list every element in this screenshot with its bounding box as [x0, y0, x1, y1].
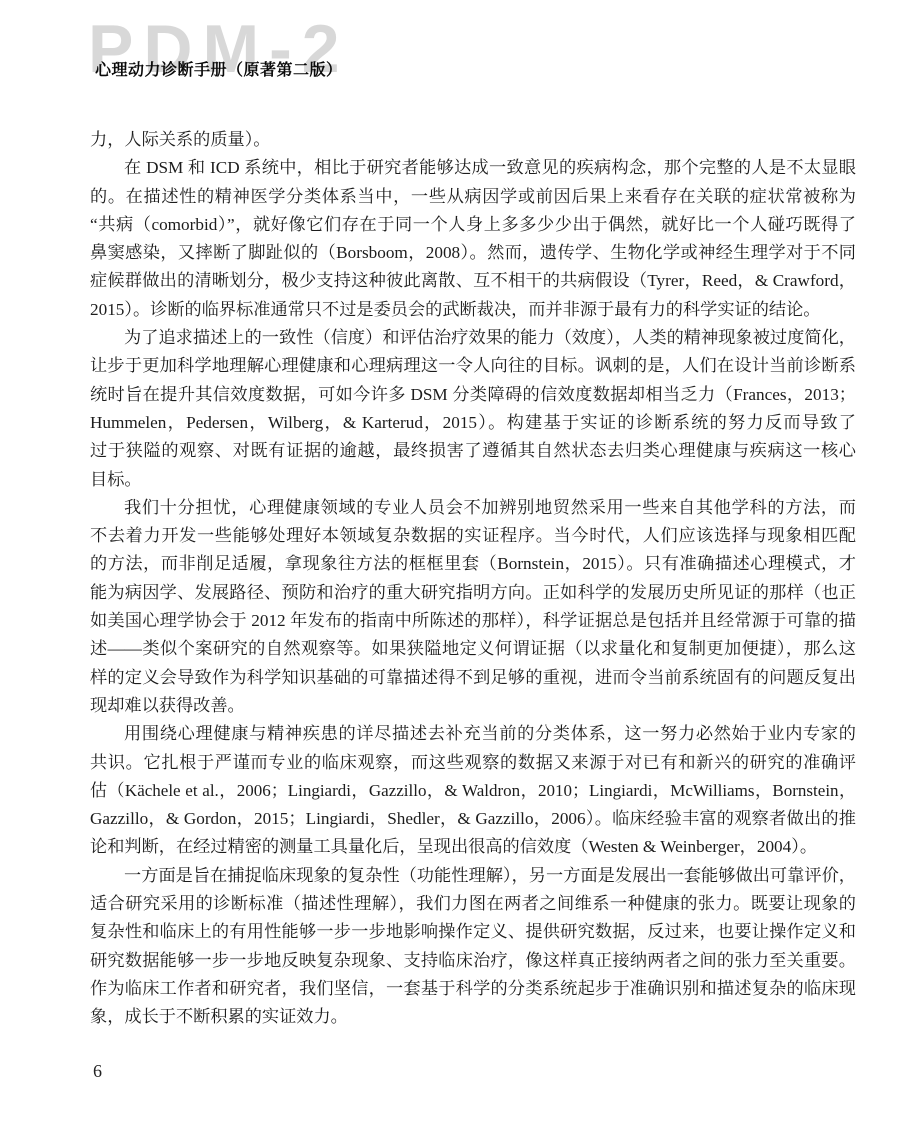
text-line: 症候群做出的清晰划分，极少支持这种彼此离散、互不相干的共病假设（Tyrer，Re…	[90, 267, 856, 295]
book-page: PDM-2 心理动力诊断手册（原著第二版） 力，人际关系的质量）。在 DSM 和…	[0, 0, 900, 1130]
text-line: 适合研究采用的诊断标准（描述性理解），我们力图在两者之间维系一种健康的张力。既要…	[90, 890, 856, 918]
text-line: 共识。它扎根于严谨而专业的临床观察，而这些观察的数据又来源于对已有和新兴的研究的…	[90, 749, 856, 777]
text-line: 论和判断，在经过精密的测量工具量化后，呈现出很高的信效度（Westen & We…	[90, 833, 856, 861]
text-line: 为了追求描述上的一致性（信度）和评估治疗效果的能力（效度），人类的精神现象被过度…	[90, 324, 856, 352]
text-line: 我们十分担忧，心理健康领域的专业人员会不加辨别地贸然采用一些来自其他学科的方法，…	[90, 494, 856, 522]
paragraph: 力，人际关系的质量）。	[90, 126, 856, 154]
text-line: 研究数据能够一步一步地反映复杂现象、支持临床治疗，像这样真正接纳两者之间的张力至…	[90, 947, 856, 975]
text-line: 2015）。诊断的临界标准通常只不过是委员会的武断裁决，而并非源于最有力的科学实…	[90, 296, 856, 324]
text-line: 现却难以获得改善。	[90, 692, 856, 720]
text-line: 复杂性和临床上的有用性能够一步一步地影响操作定义、提供研究数据，反过来，也要让操…	[90, 918, 856, 946]
text-line: 鼻窦感染，又摔断了脚趾似的（Borsboom，2008）。然而，遗传学、生物化学…	[90, 239, 856, 267]
paragraph: 用围绕心理健康与精神疾患的详尽描述去补充当前的分类体系，这一努力必然始于业内专家…	[90, 720, 856, 861]
text-line: 目标。	[90, 466, 856, 494]
paragraph: 一方面是旨在捕捉临床现象的复杂性（功能性理解），另一方面是发展出一套能够做出可靠…	[90, 862, 856, 1032]
text-line: 的。在描述性的精神医学分类体系当中，一些从病因学或前因后果上来看存在关联的症状常…	[90, 183, 856, 211]
text-line: 力，人际关系的质量）。	[90, 126, 856, 154]
text-line: 统时旨在提升其信效度数据，可如今许多 DSM 分类障碍的信效度数据却相当乏力（F…	[90, 381, 856, 409]
text-line: 的方法，而非削足适履，拿现象往方法的框框里套（Bornstein，2015）。只…	[90, 550, 856, 578]
paragraph: 我们十分担忧，心理健康领域的专业人员会不加辨别地贸然采用一些来自其他学科的方法，…	[90, 494, 856, 720]
text-line: Gazzillo，& Gordon，2015；Lingiardi，Shedler…	[90, 805, 856, 833]
text-line: 如美国心理学协会于 2012 年发布的指南中所陈述的那样），科学证据总是包括并且…	[90, 607, 856, 635]
text-line: Hummelen，Pedersen，Wilberg，& Karterud，201…	[90, 409, 856, 437]
book-title-header: 心理动力诊断手册（原著第二版）	[95, 63, 343, 79]
text-line: 让步于更加科学地理解心理健康和心理病理这一令人向往的目标。讽刺的是，人们在设计当…	[90, 352, 856, 380]
text-line: 象，成长于不断积累的实证效力。	[90, 1003, 856, 1031]
text-line: 作为临床工作者和研究者，我们坚信，一套基于科学的分类系统起步于准确识别和描述复杂…	[90, 975, 856, 1003]
page-body: 力，人际关系的质量）。在 DSM 和 ICD 系统中，相比于研究者能够达成一致意…	[90, 126, 856, 1032]
text-line: 在 DSM 和 ICD 系统中，相比于研究者能够达成一致意见的疾病构念，那个完整…	[90, 154, 856, 182]
text-line: 一方面是旨在捕捉临床现象的复杂性（功能性理解），另一方面是发展出一套能够做出可靠…	[90, 862, 856, 890]
text-line: 样的定义会导致作为科学知识基础的可靠描述得不到足够的重视，进而令当前系统固有的问…	[90, 664, 856, 692]
paragraph: 在 DSM 和 ICD 系统中，相比于研究者能够达成一致意见的疾病构念，那个完整…	[90, 154, 856, 324]
paragraph: 为了追求描述上的一致性（信度）和评估治疗效果的能力（效度），人类的精神现象被过度…	[90, 324, 856, 494]
text-line: 不去着力开发一些能够处理好本领域复杂数据的实证程序。当今时代，人们应该选择与现象…	[90, 522, 856, 550]
text-line: 能为病因学、发展路径、预防和治疗的重大研究指明方向。正如科学的发展历史所见证的那…	[90, 579, 856, 607]
page-number: 6	[93, 1062, 102, 1080]
text-line: 用围绕心理健康与精神疾患的详尽描述去补充当前的分类体系，这一努力必然始于业内专家…	[90, 720, 856, 748]
text-line: 估（Kächele et al.，2006；Lingiardi，Gazzillo…	[90, 777, 856, 805]
text-line: “共病（comorbid）”，就好像它们存在于同一个人身上多多少少出于偶然，就好…	[90, 211, 856, 239]
text-line: 述——类似个案研究的自然观察等。如果狭隘地定义何谓证据（以求量化和复制更加便捷）…	[90, 635, 856, 663]
text-line: 过于狭隘的观察、对既有证据的逾越，最终损害了遵循其自然状态去归类心理健康与疾病这…	[90, 437, 856, 465]
